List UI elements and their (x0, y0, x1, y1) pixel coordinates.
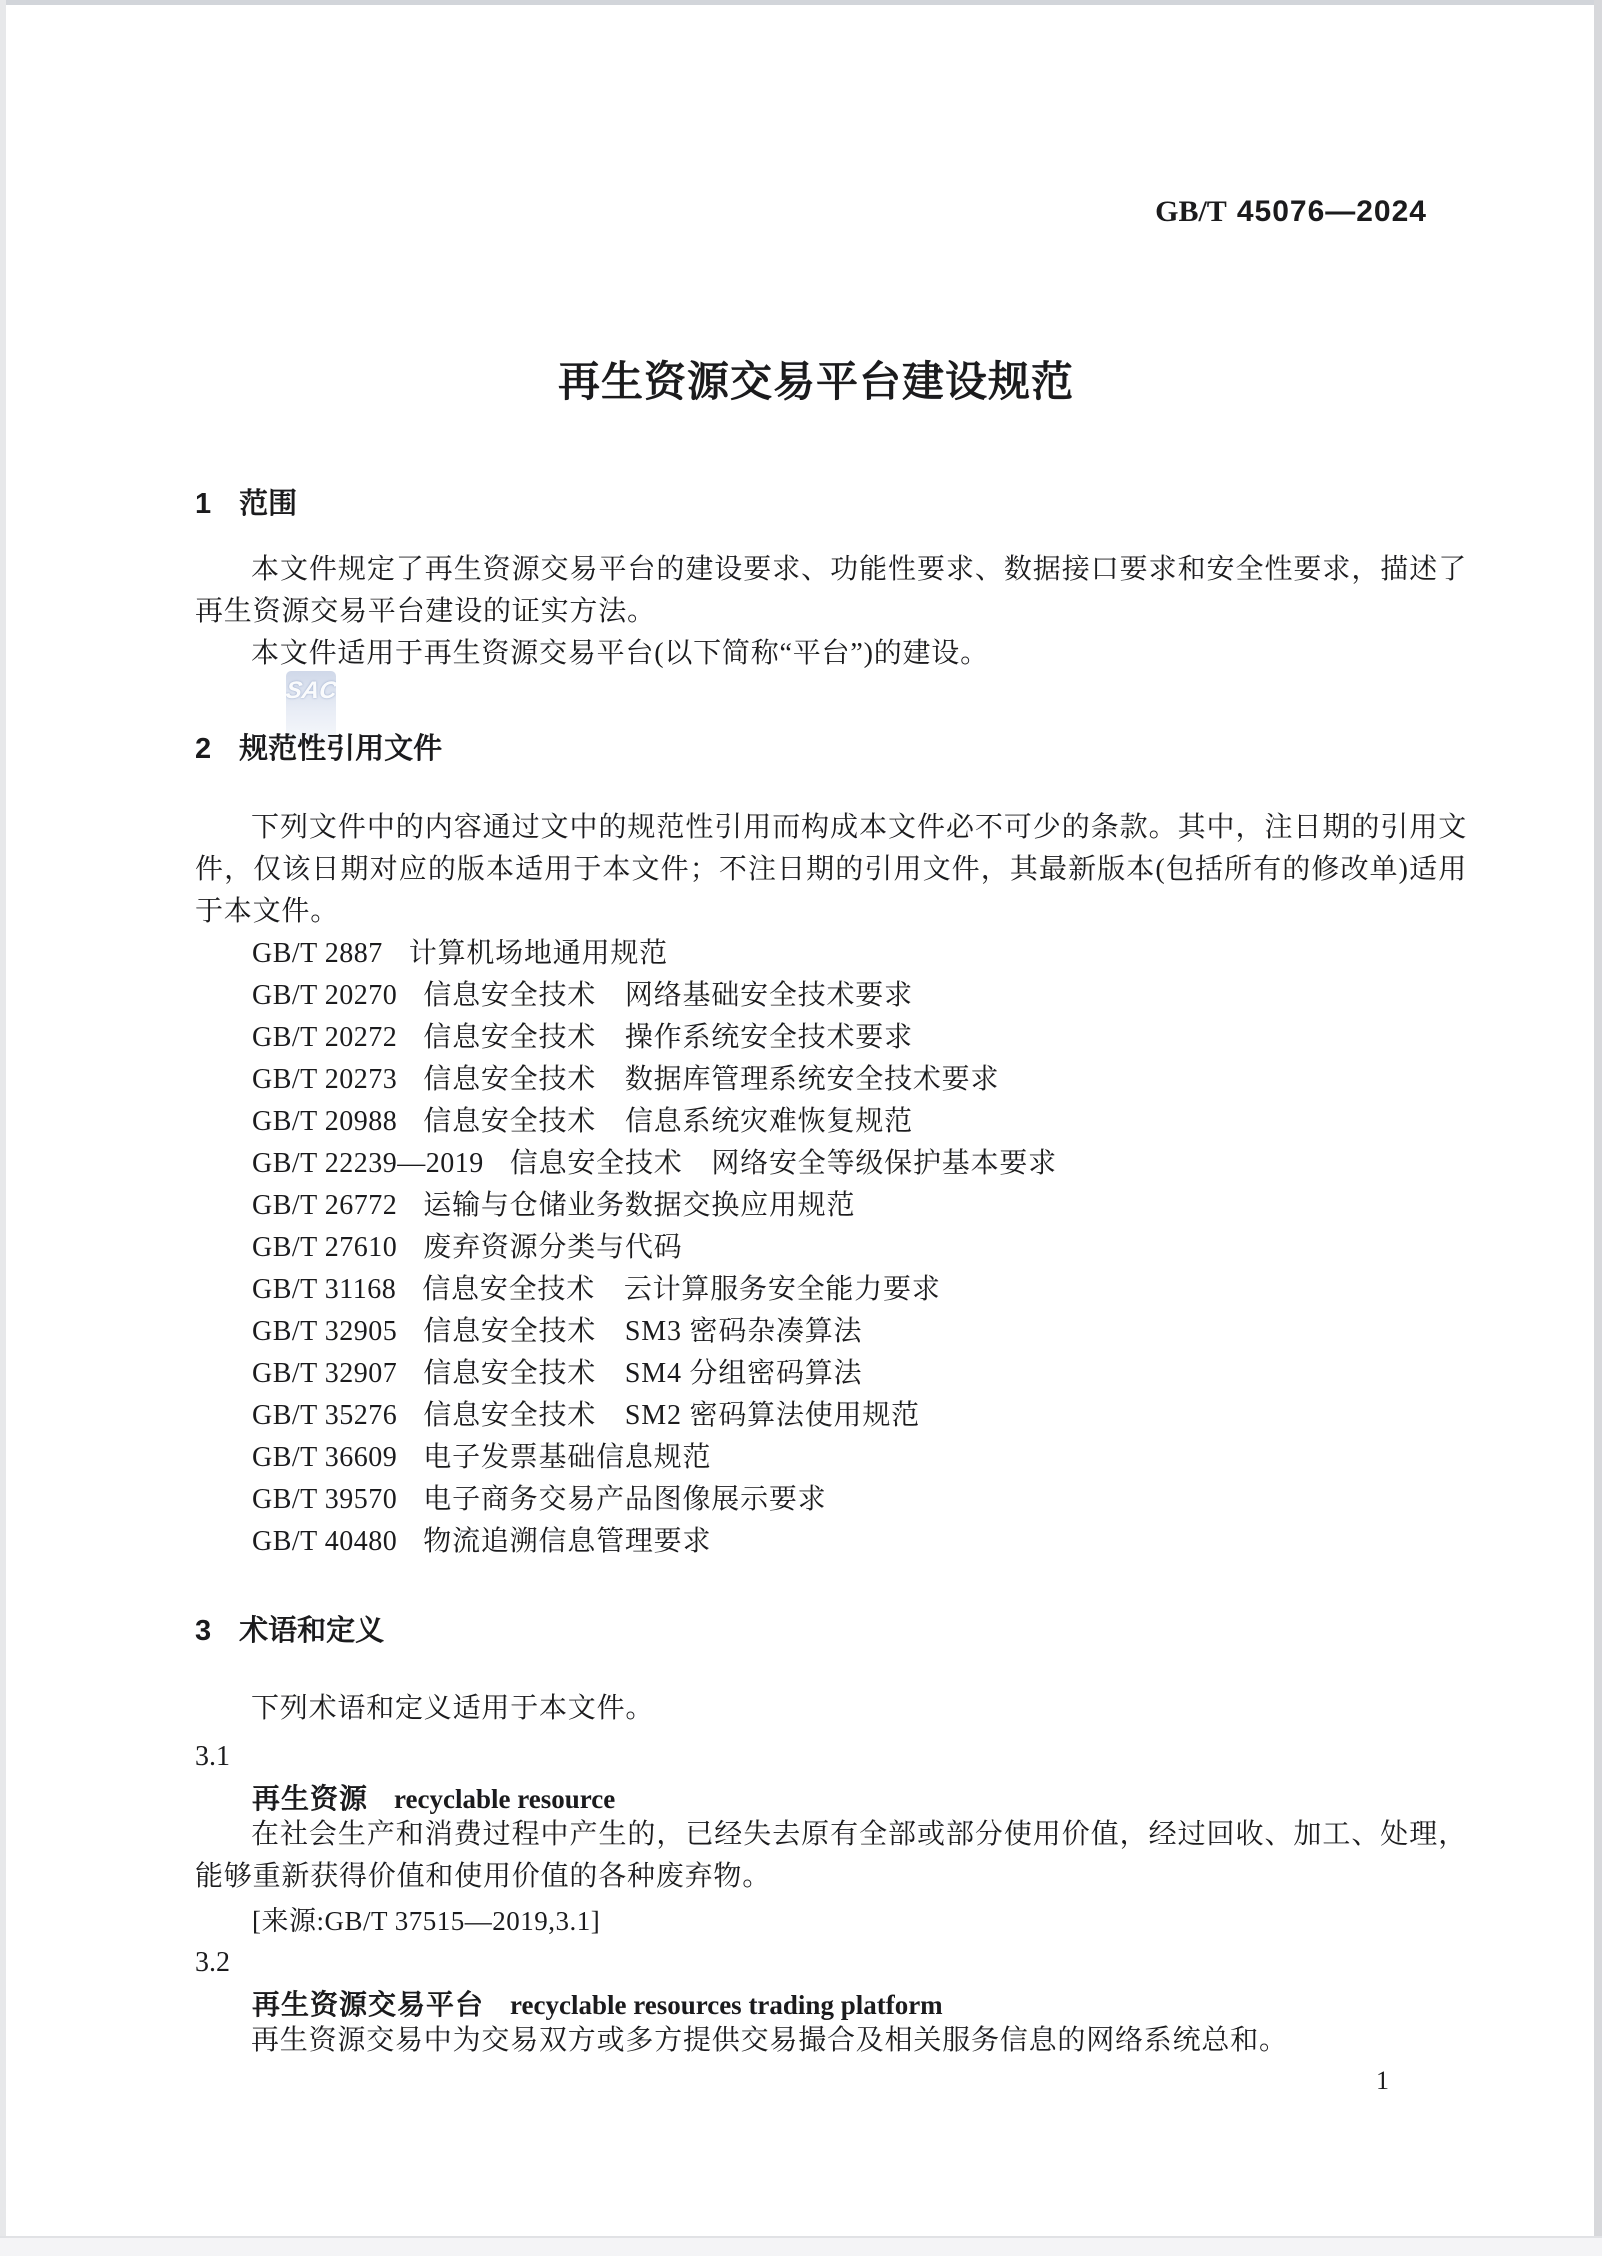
reference-title: 信息安全技术 SM4 分组密码算法 (423, 1358, 862, 1389)
reference-code: GB/T 20272 (252, 1022, 397, 1053)
terms-intro: 下列术语和定义适用于本文件。 (195, 1688, 1467, 1730)
normative-references-intro: 下列文件中的内容通过文中的规范性引用而构成本文件必不可少的条款。其中，注日期的引… (195, 807, 1467, 933)
term-3-2-definition: 再生资源交易中为交易双方或多方提供交易撮合及相关服务信息的网络系统总和。 (195, 2020, 1467, 2062)
doc-code-number: 45076—2024 (1237, 195, 1427, 228)
page-number: 1 (1376, 2066, 1389, 2096)
section-2-intro: 下列文件中的内容通过文中的规范性引用而构成本文件必不可少的条款。其中，注日期的引… (195, 807, 1467, 933)
doc-code: GB/T45076—2024 (1155, 195, 1427, 229)
reference-title: 废弃资源分类与代码 (423, 1232, 682, 1263)
reference-item: GB/T 26772运输与仓储业务数据交换应用规范 (252, 1185, 1492, 1227)
reference-code: GB/T 39570 (252, 1484, 397, 1515)
reference-code: GB/T 20273 (252, 1064, 397, 1095)
reference-item: GB/T 36609电子发票基础信息规范 (252, 1437, 1492, 1479)
reference-item: GB/T 20988信息安全技术 信息系统灾难恢复规范 (252, 1101, 1492, 1143)
reference-title: 信息安全技术 SM3 密码杂凑算法 (423, 1316, 862, 1347)
reference-code: GB/T 20988 (252, 1106, 397, 1137)
term-3-1-definition-block: 在社会生产和消费过程中产生的，已经失去原有全部或部分使用价值，经过回收、加工、处… (195, 1814, 1467, 1898)
term-3-2-zh: 再生资源交易平台 (252, 1989, 484, 2020)
reference-title: 信息安全技术 数据库管理系统安全技术要求 (423, 1064, 999, 1095)
reference-title: 电子发票基础信息规范 (423, 1442, 711, 1473)
reference-code: GB/T 2887 (252, 938, 383, 969)
scope-paragraph-2: 本文件适用于再生资源交易平台(以下简称“平台”)的建设。 (195, 633, 1467, 675)
reference-title: 信息安全技术 网络基础安全技术要求 (423, 980, 913, 1011)
reference-code: GB/T 32905 (252, 1316, 397, 1347)
sac-watermark-text: SAC (286, 677, 336, 705)
term-3-1-en: recyclable resource (394, 1784, 615, 1814)
term-3-1-id: 3.1 (195, 1740, 230, 1774)
reference-item: GB/T 20270信息安全技术 网络基础安全技术要求 (252, 975, 1492, 1017)
term-3-1-definition: 在社会生产和消费过程中产生的，已经失去原有全部或部分使用价值，经过回收、加工、处… (195, 1814, 1467, 1898)
scan-edge-bottom-fill (0, 2238, 1602, 2256)
reference-item: GB/T 35276信息安全技术 SM2 密码算法使用规范 (252, 1395, 1492, 1437)
scope-paragraph-1: 本文件规定了再生资源交易平台的建设要求、功能性要求、数据接口要求和安全性要求，描… (195, 549, 1467, 633)
reference-item: GB/T 20272信息安全技术 操作系统安全技术要求 (252, 1017, 1492, 1059)
reference-item: GB/T 31168信息安全技术 云计算服务安全能力要求 (252, 1269, 1492, 1311)
scan-edge-right (1594, 0, 1602, 2256)
section-1-heading: 1范围 (195, 481, 297, 522)
reference-code: GB/T 32907 (252, 1358, 397, 1389)
reference-title: 信息安全技术 网络安全等级保护基本要求 (510, 1148, 1057, 1179)
section-1-body: 本文件规定了再生资源交易平台的建设要求、功能性要求、数据接口要求和安全性要求，描… (195, 549, 1467, 675)
section-3-heading: 3术语和定义 (195, 1608, 384, 1649)
reference-item: GB/T 32907信息安全技术 SM4 分组密码算法 (252, 1353, 1492, 1395)
section-3-title: 术语和定义 (239, 1615, 384, 1647)
reference-title: 物流追溯信息管理要求 (423, 1526, 711, 1557)
reference-list: GB/T 2887计算机场地通用规范 GB/T 20270信息安全技术 网络基础… (252, 933, 1492, 1563)
reference-code: GB/T 40480 (252, 1526, 397, 1557)
reference-title: 信息安全技术 信息系统灾难恢复规范 (423, 1106, 913, 1137)
reference-title: 信息安全技术 SM2 密码算法使用规范 (423, 1400, 920, 1431)
reference-item: GB/T 2887计算机场地通用规范 (252, 933, 1492, 975)
reference-code: GB/T 26772 (252, 1190, 397, 1221)
reference-code: GB/T 35276 (252, 1400, 397, 1431)
reference-title: 电子商务交易产品图像展示要求 (423, 1484, 826, 1515)
reference-item: GB/T 27610废弃资源分类与代码 (252, 1227, 1492, 1269)
doc-title: 再生资源交易平台建设规范 (15, 349, 1602, 409)
term-3-2-id: 3.2 (195, 1946, 230, 1980)
document-page: GB/T45076—2024 再生资源交易平台建设规范 1范围 本文件规定了再生… (0, 0, 1602, 2256)
scan-edge-left (0, 0, 6, 2256)
reference-code: GB/T 31168 (252, 1274, 396, 1305)
reference-code: GB/T 22239—2019 (252, 1148, 484, 1179)
reference-item: GB/T 39570电子商务交易产品图像展示要求 (252, 1479, 1492, 1521)
reference-title: 计算机场地通用规范 (409, 938, 668, 969)
term-3-1-zh: 再生资源 (252, 1783, 368, 1814)
reference-code: GB/T 27610 (252, 1232, 397, 1263)
reference-title: 信息安全技术 操作系统安全技术要求 (423, 1022, 913, 1053)
reference-title: 运输与仓储业务数据交换应用规范 (423, 1190, 855, 1221)
reference-item: GB/T 20273信息安全技术 数据库管理系统安全技术要求 (252, 1059, 1492, 1101)
term-3-1-source: [来源:GB/T 37515—2019,3.1] (252, 1904, 600, 1938)
section-3-number: 3 (195, 1615, 211, 1648)
section-2-heading: 2规范性引用文件 (195, 726, 442, 767)
reference-code: GB/T 20270 (252, 980, 397, 1011)
scan-edge-top (0, 0, 1602, 5)
section-1-number: 1 (195, 488, 211, 521)
reference-item: GB/T 40480物流追溯信息管理要求 (252, 1521, 1492, 1563)
section-1-title: 范围 (239, 488, 297, 520)
reference-item: GB/T 22239—2019信息安全技术 网络安全等级保护基本要求 (252, 1143, 1492, 1185)
reference-code: GB/T 36609 (252, 1442, 397, 1473)
reference-title: 信息安全技术 云计算服务安全能力要求 (422, 1274, 940, 1305)
term-3-2-en: recyclable resources trading platform (510, 1990, 943, 2020)
section-2-number: 2 (195, 733, 211, 766)
doc-code-prefix: GB/T (1155, 195, 1227, 228)
section-2-title: 规范性引用文件 (239, 733, 442, 765)
reference-item: GB/T 32905信息安全技术 SM3 密码杂凑算法 (252, 1311, 1492, 1353)
